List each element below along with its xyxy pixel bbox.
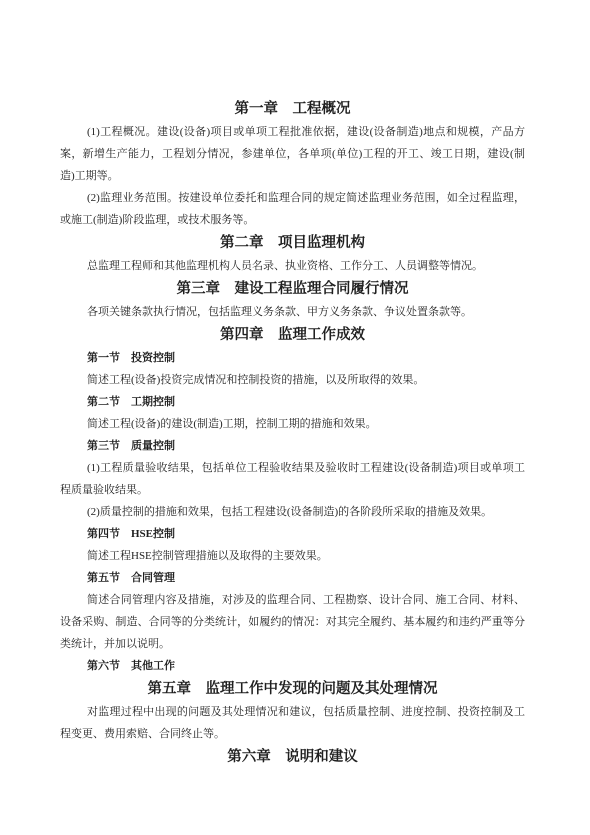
body-paragraph: 简述工程(设备)投资完成情况和控制投资的措施，以及所取得的效果。 [60,369,525,391]
body-paragraph: 简述合同管理内容及措施，对涉及的监理合同、工程勘察、设计合同、施工合同、材料、设… [60,589,525,655]
body-paragraph: 简述工程(设备)的建设(制造)工期，控制工期的措施和效果。 [60,413,525,435]
chapter-heading: 第五章 监理工作中发现的问题及其处理情况 [60,679,525,699]
chapter-heading: 第六章 说明和建议 [60,747,525,767]
section-heading: 第六节 其他工作 [60,655,525,677]
section-heading: 第五节 合同管理 [60,567,525,589]
body-paragraph: (1)工程质量验收结果，包括单位工程验收结果及验收时工程建设(设备制造)项目或单… [60,457,525,501]
body-paragraph: 总监理工程师和其他监理机构人员名录、执业资格、工作分工、人员调整等情况。 [60,255,525,277]
body-paragraph: (2)监理业务范围。按建设单位委托和监理合同的规定简述监理业务范围，如全过程监理… [60,187,525,231]
chapter-heading: 第一章 工程概况 [60,99,525,119]
section-heading: 第一节 投资控制 [60,347,525,369]
body-paragraph: 各项关键条款执行情况，包括监理义务条款、甲方义务条款、争议处置条款等。 [60,301,525,323]
section-heading: 第三节 质量控制 [60,435,525,457]
chapter-heading: 第四章 监理工作成效 [60,325,525,345]
document-page: 第一章 工程概况 (1)工程概况。建设(设备)项目或单项工程批准依据，建设(设备… [0,0,590,835]
chapter-heading: 第三章 建设工程监理合同履行情况 [60,279,525,299]
chapter-heading: 第二章 项目监理机构 [60,233,525,253]
body-paragraph: (1)工程概况。建设(设备)项目或单项工程批准依据，建设(设备制造)地点和规模，… [60,121,525,187]
body-paragraph: (2)质量控制的措施和效果，包括工程建设(设备制造)的各阶段所采取的措施及效果。 [60,501,525,523]
section-heading: 第二节 工期控制 [60,391,525,413]
body-paragraph: 对监理过程中出现的问题及其处理情况和建议，包括质量控制、进度控制、投资控制及工程… [60,701,525,745]
section-heading: 第四节 HSE控制 [60,523,525,545]
body-paragraph: 简述工程HSE控制管理措施以及取得的主要效果。 [60,545,525,567]
